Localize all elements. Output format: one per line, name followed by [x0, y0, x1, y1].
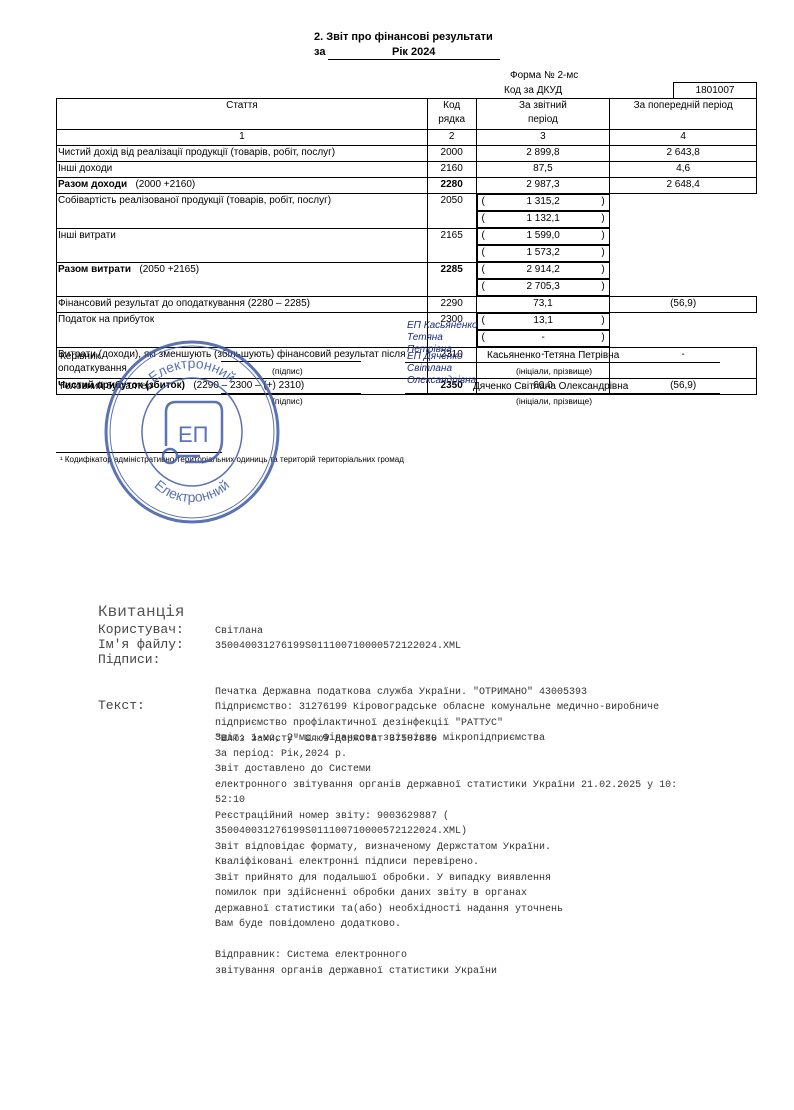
- receipt-text-line: Реєстраційний номер звіту: 9003629887 (: [215, 809, 677, 825]
- table-row: Інші доходи216087,54,6: [57, 162, 757, 178]
- current-cell: (1 315,2): [477, 194, 610, 211]
- current-cell: (2 914,2): [477, 262, 610, 279]
- stamp-center-text: ЕП: [178, 422, 209, 447]
- receipt-text-body: Підприємство: 31276199 Кіровоградське об…: [215, 700, 677, 979]
- director-name: Касьяненко Тетяна Петрівна: [487, 350, 619, 361]
- accountant-initials-caption: (ініціали, прізвище): [516, 396, 592, 406]
- electronic-signature-stamp-icon: ЕП Електронний Електронний: [104, 340, 280, 524]
- previous-cell: (2 705,3): [477, 279, 610, 296]
- previous-cell: (1 132,1): [477, 211, 610, 228]
- svg-text:Електронний: Електронний: [152, 476, 233, 505]
- table-row: Разом витрати (2050 +2165)2285(2 914,2)(…: [57, 262, 757, 297]
- receipt-file-value: 350040031276199S011100710000572122024.XM…: [215, 639, 461, 655]
- article-cell: Інші доходи: [57, 162, 428, 178]
- receipt-text-line: 52:10: [215, 793, 677, 809]
- receipt-text-label: Текст:: [98, 698, 145, 713]
- current-cell: 2 899,8: [476, 146, 610, 162]
- receipt-text-line: Звіт: 1-мс, 2-мс. Фінансова звітність мі…: [215, 731, 677, 747]
- previous-cell: (1 573,2): [477, 245, 610, 262]
- code-cell: 2290: [427, 297, 476, 313]
- article-cell: Фінансовий результат до оподаткування (2…: [57, 297, 428, 313]
- period-prefix: за: [314, 46, 325, 58]
- code-cell: 2160: [427, 162, 476, 178]
- period-value: Рік 2024: [392, 46, 435, 58]
- current-cell: (13,1): [477, 313, 610, 330]
- article-cell: Інші витрати: [57, 228, 428, 262]
- receipt-text-line: Кваліфіковані електронні підписи перевір…: [215, 855, 677, 871]
- article-cell: Разом витрати (2050 +2165): [57, 262, 428, 297]
- receipt-text-line: Звіт прийнято для подальшої обробки. У в…: [215, 871, 677, 887]
- current-cell: 73,1: [476, 297, 610, 313]
- dkud-code: 1801007: [673, 82, 757, 99]
- receipt-text-line: Звіт доставлено до Системи: [215, 762, 677, 778]
- accountant-name: Дяченко Світлана Олександрівна: [473, 381, 628, 392]
- column-number-row: 1 2 3 4: [57, 130, 757, 146]
- previous-cell: 4,6: [610, 162, 757, 178]
- previous-cell: 2 648,4: [610, 178, 757, 194]
- header-previous-period: За попередній період: [610, 99, 757, 130]
- receipt-title: Квитанція: [98, 603, 184, 621]
- receipt-text-line: [215, 933, 677, 949]
- receipt-text-line: За період: Рік,2024 р.: [215, 747, 677, 763]
- receipt-text-line: підприємство профілактичної дезінфекції …: [215, 716, 677, 732]
- accountant-name-line: [405, 393, 720, 394]
- current-cell: (1 599,0): [477, 228, 610, 245]
- previous-cell: 2 643,8: [610, 146, 757, 162]
- code-cell: 2285: [427, 262, 476, 297]
- current-cell: 2 987,3: [476, 178, 610, 194]
- header-code: Кодрядка: [427, 99, 476, 130]
- article-cell: Чистий дохід від реалізації продукції (т…: [57, 146, 428, 162]
- table-row: Собівартість реалізованої продукції (тов…: [57, 194, 757, 229]
- form-number: Форма № 2-мс: [510, 70, 578, 81]
- receipt-signatures-label: Підписи:: [98, 652, 160, 667]
- previous-cell: (56,9): [610, 297, 757, 313]
- director-initials-caption: (ініціали, прізвище): [516, 366, 592, 376]
- code-cell: 2280: [427, 178, 476, 194]
- receipt-text-line: помилок при здійсненні обробки даних зві…: [215, 886, 677, 902]
- dkud-label: Код за ДКУД: [504, 85, 562, 96]
- receipt-text-line: 350040031276199S011100710000572122024.XM…: [215, 824, 677, 840]
- table-row: Разом доходи (2000 +2160)22802 987,32 64…: [57, 178, 757, 194]
- code-cell: 2000: [427, 146, 476, 162]
- table-row: Інші витрати2165(1 599,0)(1 573,2): [57, 228, 757, 262]
- table-row: Фінансовий результат до оподаткування (2…: [57, 297, 757, 313]
- receipt-text-line: електронного звітування органів державно…: [215, 778, 677, 794]
- previous-cell: (-): [477, 330, 610, 347]
- article-cell: Разом доходи (2000 +2160): [57, 178, 428, 194]
- header-current-period: За звітнийперіод: [476, 99, 610, 130]
- receipt-file-label: Ім'я файлу:: [98, 637, 184, 652]
- header-article: Стаття: [57, 99, 428, 130]
- svg-text:Електронний: Електронний: [145, 355, 238, 385]
- receipt-user-value: Світлана: [215, 624, 263, 640]
- report-title: 2. Звіт про фінансові результати: [314, 31, 493, 43]
- period-underline: [328, 59, 500, 60]
- receipt-user-label: Користувач:: [98, 622, 184, 637]
- receipt-text-line: звітування органів державної статистики …: [215, 964, 677, 980]
- article-cell: Собівартість реалізованої продукції (тов…: [57, 194, 428, 229]
- code-cell: 2050: [427, 194, 476, 229]
- table-row: Чистий дохід від реалізації продукції (т…: [57, 146, 757, 162]
- table-header-row: Стаття Кодрядка За звітнийперіод За попе…: [57, 99, 757, 130]
- receipt-text-line: Відправник: Система електронного: [215, 948, 677, 964]
- previous-cell: -: [610, 348, 757, 379]
- accountant-ep-signature: ЕП Дяченко Світлана Олександрівна: [407, 351, 476, 387]
- code-cell: 2165: [427, 228, 476, 262]
- receipt-text-line: Підприємство: 31276199 Кіровоградське об…: [215, 700, 677, 716]
- receipt-text-line: Вам буде повідомлено додатково.: [215, 917, 677, 933]
- current-cell: 87,5: [476, 162, 610, 178]
- receipt-text-line: державної статистики та(або) необхідност…: [215, 902, 677, 918]
- receipt-text-line: Звіт відповідає формату, визначеному Дер…: [215, 840, 677, 856]
- director-label: Керівник: [60, 351, 100, 362]
